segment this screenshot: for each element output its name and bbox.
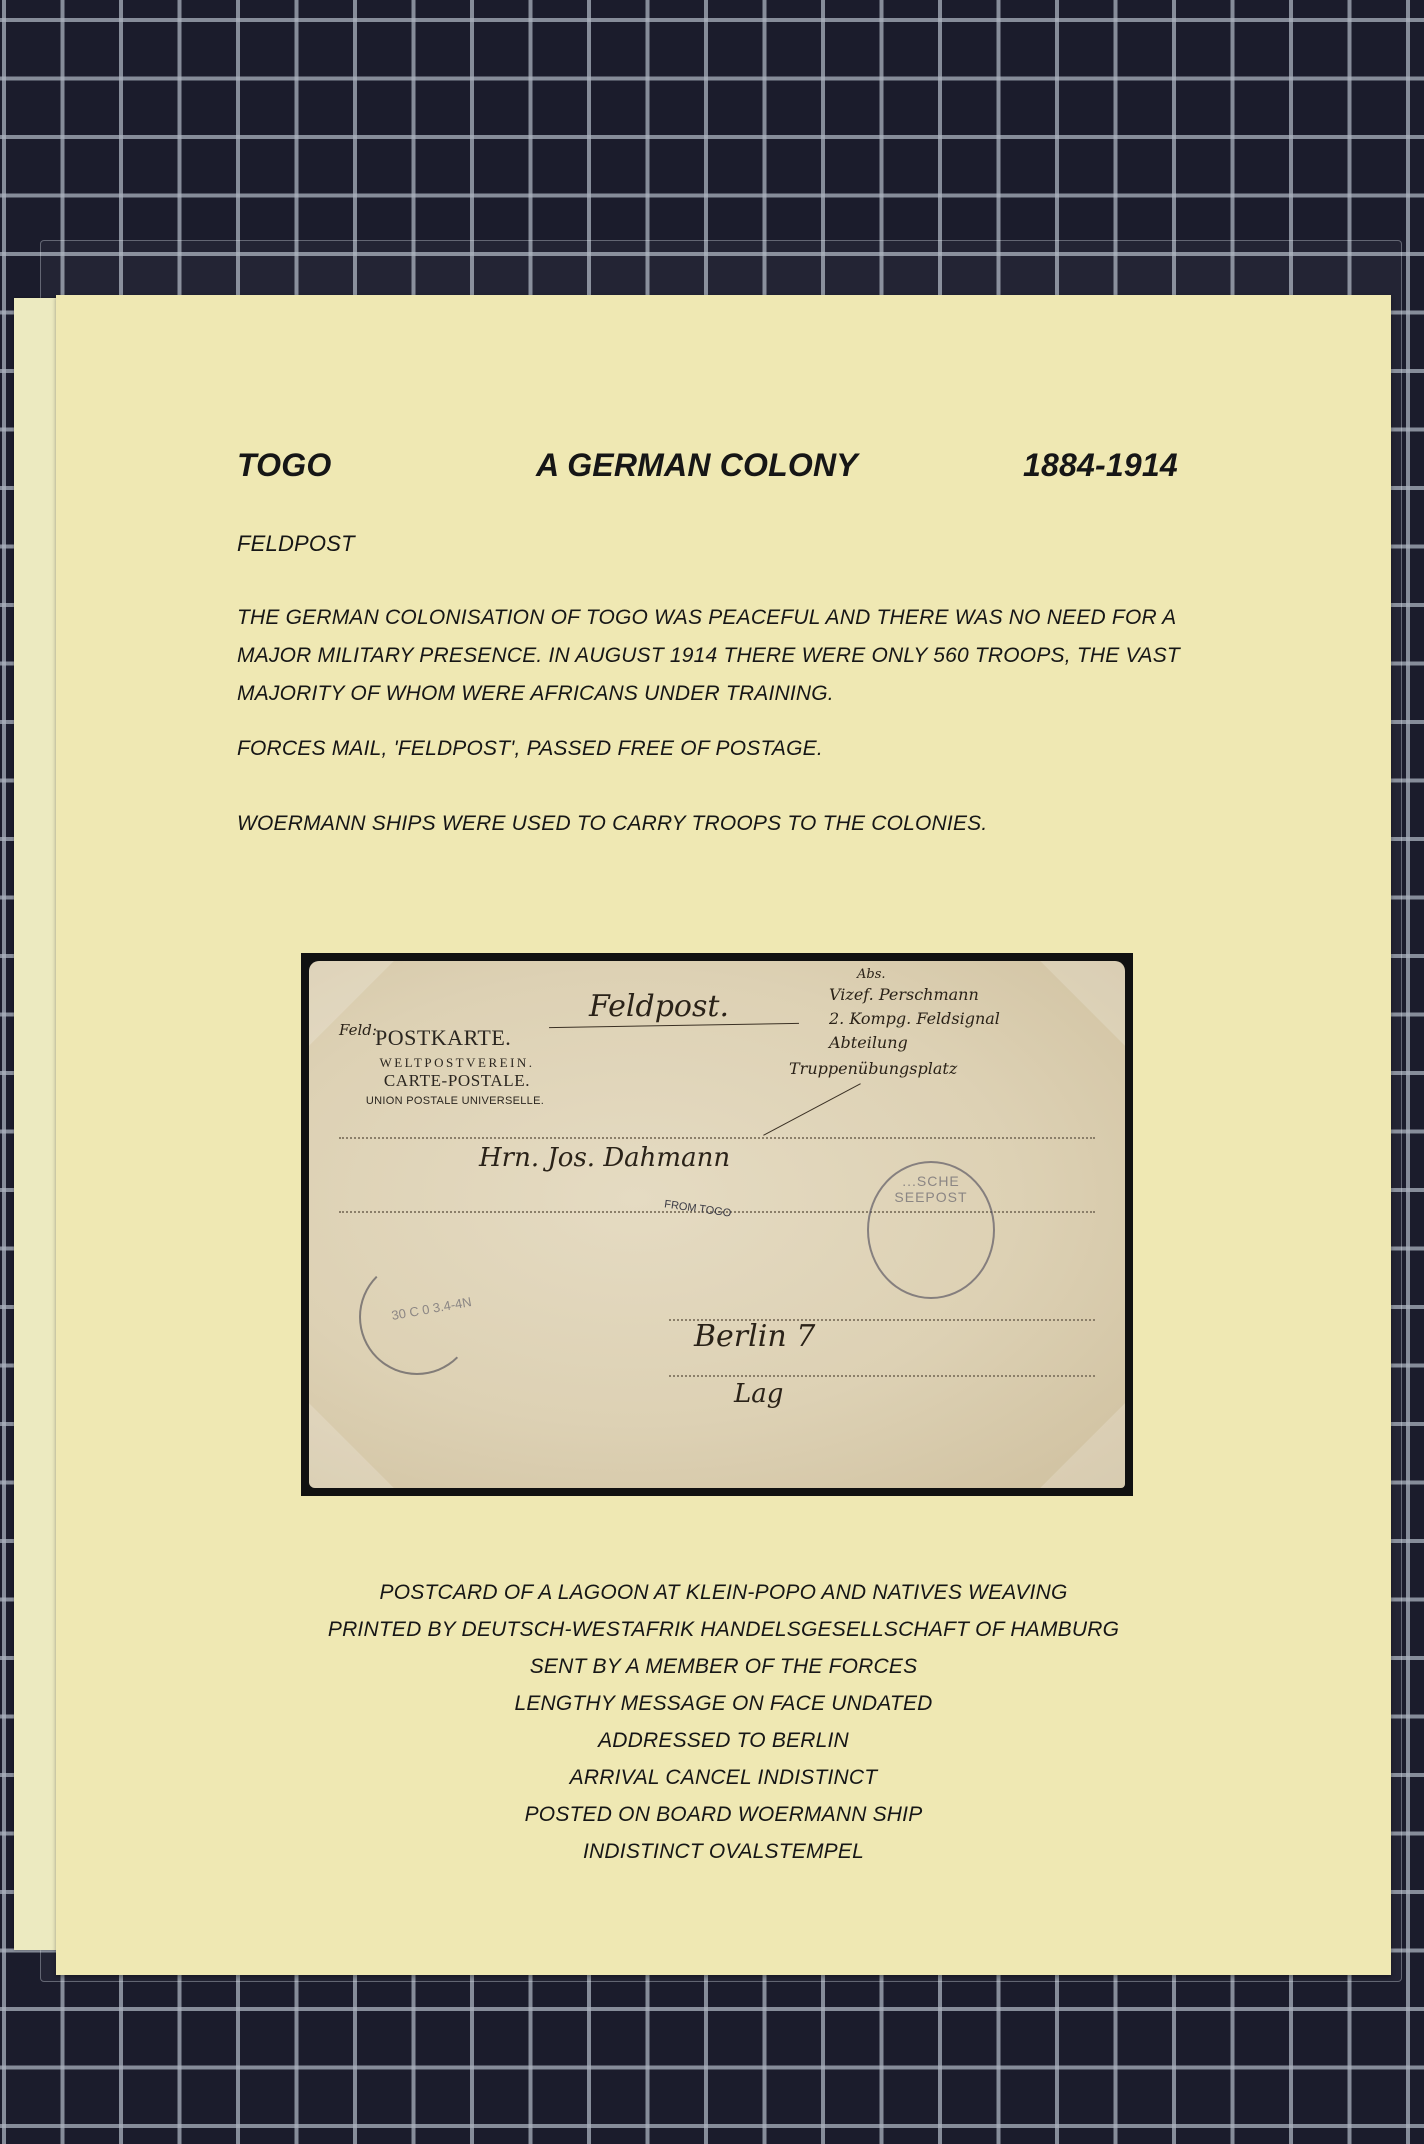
printed-postkarte: POSTKARTE. xyxy=(375,1025,511,1051)
header-title: A GERMAN COLONY xyxy=(536,447,858,484)
arrival-cancel-text: 30 C 0 3.4-4N xyxy=(390,1294,472,1323)
photo-corner xyxy=(1040,961,1125,1046)
postcard-mount: Feld: POSTKARTE. WELTPOSTVEREIN. CARTE-P… xyxy=(301,953,1133,1496)
caption-line: SENT BY A MEMBER OF THE FORCES xyxy=(56,1648,1391,1685)
handwritten-addressee: Hrn. Jos. Dahmann xyxy=(479,1143,730,1173)
postcard: Feld: POSTKARTE. WELTPOSTVEREIN. CARTE-P… xyxy=(309,961,1125,1488)
header-country: TOGO xyxy=(237,447,331,484)
pen-stroke xyxy=(763,1083,861,1136)
printed-weltpostverein: WELTPOSTVEREIN. xyxy=(357,1055,557,1071)
sender-line: Abteilung xyxy=(829,1033,908,1052)
caption-line: ARRIVAL CANCEL INDISTINCT xyxy=(56,1759,1391,1796)
sender-line: Truppenübungsplatz xyxy=(789,1059,957,1078)
photo-corner xyxy=(309,1403,394,1488)
caption-line: INDISTINCT OVALSTEMPEL xyxy=(56,1833,1391,1870)
handwritten-street: Lag xyxy=(734,1379,783,1409)
arrival-round-cancel: 30 C 0 3.4-4N xyxy=(359,1259,475,1375)
handwritten-feld-prefix: Feld: xyxy=(339,1021,377,1039)
address-line xyxy=(669,1375,1095,1377)
feldpost-paragraph: FORCES MAIL, 'FELDPOST', PASSED FREE OF … xyxy=(237,730,1237,768)
caption-line: ADDRESSED TO BERLIN xyxy=(56,1722,1391,1759)
header-years: 1884-1914 xyxy=(1023,447,1178,484)
intro-paragraph: THE GERMAN COLONISATION OF TOGO WAS PEAC… xyxy=(237,599,1237,713)
seepost-cancel-text: ...SCHE SEEPOST xyxy=(869,1173,993,1205)
printed-carte-postale: CARTE-POSTALE. xyxy=(357,1071,557,1091)
address-line xyxy=(339,1137,1095,1139)
seepost-oval-cancel: ...SCHE SEEPOST xyxy=(867,1161,995,1299)
printed-union-postale: UNION POSTALE UNIVERSELLE. xyxy=(345,1095,565,1107)
sender-line: Abs. xyxy=(857,967,886,982)
caption-line: LENGTHY MESSAGE ON FACE UNDATED xyxy=(56,1685,1391,1722)
caption-line: POSTCARD OF A LAGOON AT KLEIN-POPO AND N… xyxy=(56,1574,1391,1611)
caption-line: POSTED ON BOARD WOERMANN SHIP xyxy=(56,1796,1391,1833)
caption-line: PRINTED BY DEUTSCH-WESTAFRIK HANDELSGESE… xyxy=(56,1611,1391,1648)
handwritten-feldpost: Feldpost. xyxy=(589,989,729,1024)
section-title: FELDPOST xyxy=(237,531,355,557)
photo-corner xyxy=(1040,1403,1125,1488)
sender-line: 2. Kompg. Feldsignal xyxy=(829,1009,1000,1028)
woermann-paragraph: WOERMANN SHIPS WERE USED TO CARRY TROOPS… xyxy=(237,805,1237,843)
sender-line: Vizef. Perschmann xyxy=(829,985,979,1004)
handwritten-city: Berlin 7 xyxy=(694,1319,815,1354)
pencil-note-from-togo: FROM TOGO xyxy=(663,1198,731,1219)
album-page: TOGO A GERMAN COLONY 1884-1914 FELDPOST … xyxy=(56,295,1391,1975)
